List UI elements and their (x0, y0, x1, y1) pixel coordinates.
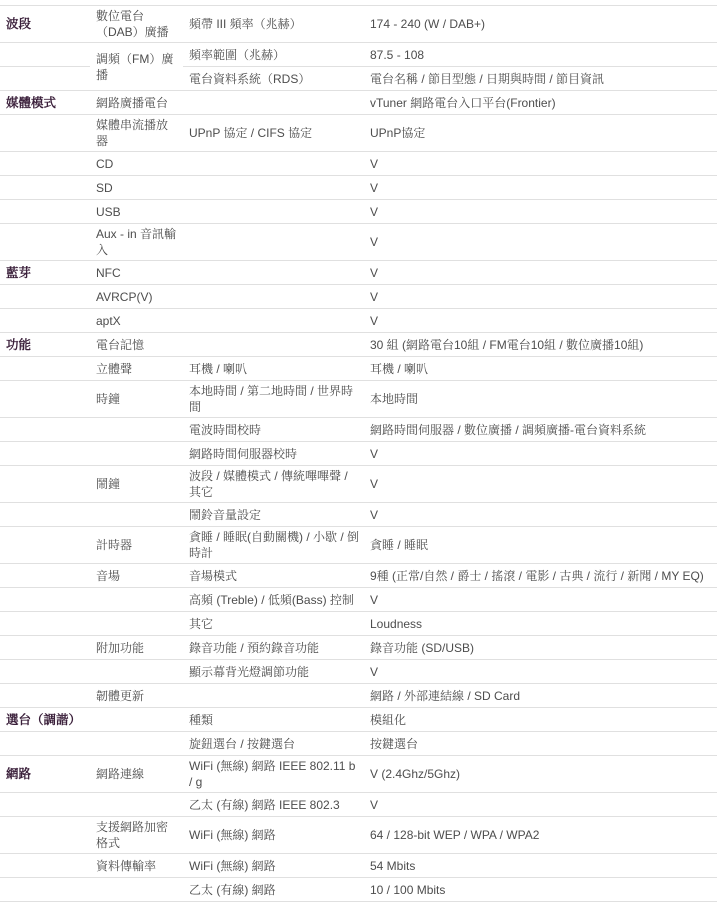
label-cell (0, 527, 90, 564)
spec-row: CDV (0, 152, 717, 176)
spec-row: 資料傳輸率WiFi (無線) 網路54 Mbits (0, 854, 717, 878)
label-cell: 韌體更新 (90, 684, 364, 708)
label-cell: 種類 (183, 708, 364, 732)
label-cell: 耳機 / 喇叭 (183, 357, 364, 381)
spec-row: 其它Loudness (0, 612, 717, 636)
spec-row: 選台（調諧）種類模組化 (0, 708, 717, 732)
label-cell (0, 67, 90, 91)
value-cell: V (364, 285, 717, 309)
label-cell (0, 732, 90, 756)
label-cell (90, 878, 183, 902)
label-cell (0, 793, 90, 817)
spec-row: SDV (0, 176, 717, 200)
label-cell: 數位電台（DAB）廣播 (90, 6, 183, 43)
spec-row: 電波時間校時網路時間伺服器 / 數位廣播 / 調頻廣播-電台資料系統 (0, 418, 717, 442)
spec-table: 波段數位電台（DAB）廣播頻帶 III 頻率（兆赫）174 - 240 (W /… (0, 5, 717, 902)
spec-row: 音場音場模式9種 (正常/自然 / 爵士 / 搖滾 / 電影 / 古典 / 流行… (0, 564, 717, 588)
label-cell (0, 854, 90, 878)
label-cell (0, 381, 90, 418)
label-cell: 調頻（FM）廣播 (90, 43, 183, 91)
label-cell: SD (90, 176, 364, 200)
spec-row: 鬧鈴音量設定V (0, 503, 717, 527)
value-cell: 電台名稱 / 節目型態 / 日期與時間 / 節目資訊 (364, 67, 717, 91)
label-cell (0, 442, 90, 466)
label-cell: 乙太 (有線) 網路 (183, 878, 364, 902)
label-cell (90, 588, 183, 612)
label-cell (0, 43, 90, 67)
spec-row: 顯示幕背光燈調節功能V (0, 660, 717, 684)
label-cell: 乙太 (有線) 網路 IEEE 802.3 (183, 793, 364, 817)
label-cell (183, 224, 364, 261)
label-cell: CD (90, 152, 364, 176)
spec-row: 附加功能錄音功能 / 預約錄音功能錄音功能 (SD/USB) (0, 636, 717, 660)
category-cell: 波段 (0, 6, 90, 43)
value-cell: 貪睡 / 睡眠 (364, 527, 717, 564)
value-cell: V (364, 309, 717, 333)
label-cell: 貪睡 / 睡眠(自動關機) / 小歇 / 倒時計 (183, 527, 364, 564)
label-cell: 時鐘 (90, 381, 183, 418)
spec-row: 功能電台記憶30 組 (網路電台10組 / FM電台10組 / 數位廣播10組) (0, 333, 717, 357)
label-cell (90, 612, 183, 636)
value-cell: UPnP協定 (364, 115, 717, 152)
label-cell: 立體聲 (90, 357, 183, 381)
label-cell: WiFi (無線) 網路 IEEE 802.11 b / g (183, 756, 364, 793)
spec-row: 支援網路加密格式WiFi (無線) 網路64 / 128-bit WEP / W… (0, 817, 717, 854)
label-cell (0, 115, 90, 152)
value-cell: Loudness (364, 612, 717, 636)
label-cell: WiFi (無線) 網路 (183, 817, 364, 854)
label-cell: USB (90, 200, 364, 224)
value-cell: V (364, 176, 717, 200)
label-cell: 鬧鐘 (90, 466, 183, 503)
label-cell: 電台資料系統（RDS） (183, 67, 364, 91)
label-cell (90, 660, 183, 684)
value-cell: V (2.4Ghz/5Ghz) (364, 756, 717, 793)
label-cell (0, 224, 90, 261)
label-cell: 網路廣播電台 (90, 91, 364, 115)
value-cell: 模組化 (364, 708, 717, 732)
value-cell: V (364, 224, 717, 261)
label-cell (0, 176, 90, 200)
label-cell: UPnP 協定 / CIFS 協定 (183, 115, 364, 152)
label-cell: 電波時間校時 (183, 418, 364, 442)
value-cell: 錄音功能 (SD/USB) (364, 636, 717, 660)
label-cell (0, 357, 90, 381)
value-cell: V (364, 152, 717, 176)
label-cell: 媒體串流播放器 (90, 115, 183, 152)
value-cell: 64 / 128-bit WEP / WPA / WPA2 (364, 817, 717, 854)
spec-row: 高頻 (Treble) / 低頻(Bass) 控制V (0, 588, 717, 612)
label-cell (0, 636, 90, 660)
value-cell: 本地時間 (364, 381, 717, 418)
label-cell: 本地時間 / 第二地時間 / 世界時間 (183, 381, 364, 418)
spec-row: 計時器貪睡 / 睡眠(自動關機) / 小歇 / 倒時計貪睡 / 睡眠 (0, 527, 717, 564)
value-cell: 耳機 / 喇叭 (364, 357, 717, 381)
label-cell: aptX (90, 309, 364, 333)
value-cell: V (364, 660, 717, 684)
value-cell: V (364, 200, 717, 224)
value-cell: V (364, 466, 717, 503)
label-cell (0, 152, 90, 176)
label-cell: 鬧鈴音量設定 (183, 503, 364, 527)
value-cell: 54 Mbits (364, 854, 717, 878)
label-cell: 電台記憶 (90, 333, 364, 357)
spec-row: 媒體串流播放器UPnP 協定 / CIFS 協定UPnP協定 (0, 115, 717, 152)
value-cell: vTuner 網路電台入口平台(Frontier) (364, 91, 717, 115)
label-cell: NFC (90, 261, 364, 285)
spec-table-body: 波段數位電台（DAB）廣播頻帶 III 頻率（兆赫）174 - 240 (W /… (0, 6, 717, 902)
value-cell: 網路 / 外部連結線 / SD Card (364, 684, 717, 708)
label-cell (0, 564, 90, 588)
category-cell: 媒體模式 (0, 91, 90, 115)
value-cell: V (364, 793, 717, 817)
spec-row: 乙太 (有線) 網路10 / 100 Mbits (0, 878, 717, 902)
label-cell: 頻帶 III 頻率（兆赫） (183, 6, 364, 43)
value-cell: 30 組 (網路電台10組 / FM電台10組 / 數位廣播10組) (364, 333, 717, 357)
label-cell (90, 442, 183, 466)
spec-row: 波段數位電台（DAB）廣播頻帶 III 頻率（兆赫）174 - 240 (W /… (0, 6, 717, 43)
spec-row: 立體聲耳機 / 喇叭耳機 / 喇叭 (0, 357, 717, 381)
spec-row: 時鐘本地時間 / 第二地時間 / 世界時間本地時間 (0, 381, 717, 418)
value-cell: V (364, 588, 717, 612)
label-cell: 頻率範圍（兆赫） (183, 43, 364, 67)
label-cell (0, 817, 90, 854)
value-cell: 9種 (正常/自然 / 爵士 / 搖滾 / 電影 / 古典 / 流行 / 新聞 … (364, 564, 717, 588)
category-cell: 藍芽 (0, 261, 90, 285)
category-cell: 功能 (0, 333, 90, 357)
spec-row: 網路時間伺服器校時V (0, 442, 717, 466)
spec-row: AVRCP(V)V (0, 285, 717, 309)
category-cell: 網路 (0, 756, 90, 793)
label-cell (0, 285, 90, 309)
label-cell: 網路時間伺服器校時 (183, 442, 364, 466)
label-cell (0, 612, 90, 636)
label-cell (0, 466, 90, 503)
spec-row: 媒體模式網路廣播電台vTuner 網路電台入口平台(Frontier) (0, 91, 717, 115)
category-cell: 選台（調諧） (0, 708, 90, 732)
value-cell: V (364, 261, 717, 285)
label-cell: 支援網路加密格式 (90, 817, 183, 854)
spec-row: Aux - in 音訊輸入V (0, 224, 717, 261)
label-cell: 旋鈕選台 / 按鍵選台 (183, 732, 364, 756)
spec-row: 調頻（FM）廣播頻率範圍（兆赫）87.5 - 108 (0, 43, 717, 67)
label-cell (90, 732, 183, 756)
label-cell (90, 503, 183, 527)
spec-row: 鬧鐘波段 / 媒體模式 / 傳統嗶嗶聲 / 其它V (0, 466, 717, 503)
label-cell: 其它 (183, 612, 364, 636)
label-cell: WiFi (無線) 網路 (183, 854, 364, 878)
label-cell (0, 418, 90, 442)
label-cell: 附加功能 (90, 636, 183, 660)
spec-row: USBV (0, 200, 717, 224)
value-cell: 按鍵選台 (364, 732, 717, 756)
value-cell: 87.5 - 108 (364, 43, 717, 67)
label-cell: 波段 / 媒體模式 / 傳統嗶嗶聲 / 其它 (183, 466, 364, 503)
label-cell (0, 309, 90, 333)
label-cell (90, 793, 183, 817)
label-cell (90, 418, 183, 442)
value-cell: V (364, 503, 717, 527)
label-cell: Aux - in 音訊輸入 (90, 224, 183, 261)
label-cell: 錄音功能 / 預約錄音功能 (183, 636, 364, 660)
label-cell (0, 660, 90, 684)
label-cell: 資料傳輸率 (90, 854, 183, 878)
spec-row: 藍芽NFCV (0, 261, 717, 285)
label-cell (0, 878, 90, 902)
label-cell: 網路連線 (90, 756, 183, 793)
spec-row: 網路網路連線WiFi (無線) 網路 IEEE 802.11 b / gV (2… (0, 756, 717, 793)
label-cell (0, 200, 90, 224)
spec-row: 韌體更新網路 / 外部連結線 / SD Card (0, 684, 717, 708)
label-cell: 高頻 (Treble) / 低頻(Bass) 控制 (183, 588, 364, 612)
label-cell (0, 588, 90, 612)
value-cell: 網路時間伺服器 / 數位廣播 / 調頻廣播-電台資料系統 (364, 418, 717, 442)
spec-row: aptXV (0, 309, 717, 333)
label-cell (0, 684, 90, 708)
value-cell: 174 - 240 (W / DAB+) (364, 6, 717, 43)
label-cell (0, 503, 90, 527)
spec-row: 乙太 (有線) 網路 IEEE 802.3V (0, 793, 717, 817)
label-cell: AVRCP(V) (90, 285, 364, 309)
value-cell: 10 / 100 Mbits (364, 878, 717, 902)
value-cell: V (364, 442, 717, 466)
label-cell (90, 708, 183, 732)
label-cell: 音場模式 (183, 564, 364, 588)
label-cell: 顯示幕背光燈調節功能 (183, 660, 364, 684)
label-cell: 音場 (90, 564, 183, 588)
spec-row: 旋鈕選台 / 按鍵選台按鍵選台 (0, 732, 717, 756)
label-cell: 計時器 (90, 527, 183, 564)
